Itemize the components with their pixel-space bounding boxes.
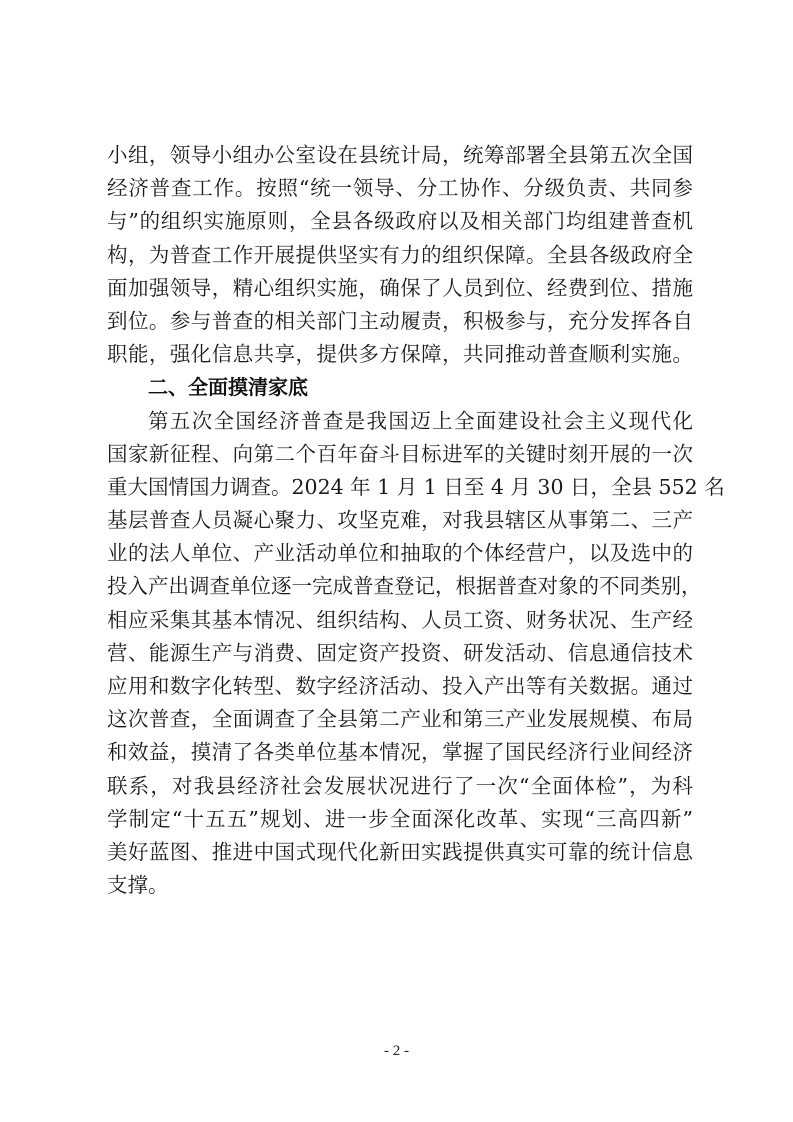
text-line: 应用和数字化转型、数字经济活动、投入产出等有关数据。通过 <box>107 670 693 703</box>
text-line: 业的法人单位、产业活动单位和抽取的个体经营户，以及选中的 <box>107 537 693 570</box>
text-line: 营、能源生产与消费、固定资产投资、研发活动、信息通信技术 <box>107 637 693 670</box>
text-line: 基层普查人员凝心聚力、攻坚克难，对我县辖区从事第二、三产 <box>107 504 693 537</box>
text-line: 和效益，摸清了各类单位基本情况，掌握了国民经济行业间经济 <box>107 736 693 769</box>
text-line: 相应采集其基本情况、组织结构、人员工资、财务状况、生产经 <box>107 604 693 637</box>
text-line: 与”的组织实施原则，全县各级政府以及相关部门均组建普查机 <box>107 205 693 238</box>
text-line: 到位。参与普查的相关部门主动履责，积极参与，充分发挥各自 <box>107 305 693 338</box>
text-line: 支撑。 <box>107 869 693 902</box>
text-line: 构，为普查工作开展提供坚实有力的组织保障。全县各级政府全 <box>107 239 693 272</box>
text-line: 学制定“十五五”规划、进一步全面深化改革、实现“三高四新” <box>107 803 693 836</box>
page-number: - 2 - <box>0 1043 793 1060</box>
text-line: 第五次全国经济普查是我国迈上全面建设社会主义现代化 <box>107 405 693 438</box>
section-heading: 二、全面摸清家底 <box>107 371 693 404</box>
text-line: 重大国情国力调查。2024 年 1 月 1 日至 4 月 30 日，全县 552… <box>107 471 693 504</box>
text-line: 小组，领导小组办公室设在县统计局，统筹部署全县第五次全国 <box>107 139 693 172</box>
text-line: 美好蓝图、推进中国式现代化新田实践提供真实可靠的统计信息 <box>107 836 693 869</box>
text-line: 面加强领导，精心组织实施，确保了人员到位、经费到位、措施 <box>107 272 693 305</box>
text-line: 职能，强化信息共享，提供多方保障，共同推动普查顺利实施。 <box>107 338 693 371</box>
text-line: 经济普查工作。按照“统一领导、分工协作、分级负责、共同参 <box>107 172 693 205</box>
paragraph-continued: 小组，领导小组办公室设在县统计局，统筹部署全县第五次全国 经济普查工作。按照“统… <box>107 139 693 371</box>
document-page: 小组，领导小组办公室设在县统计局，统筹部署全县第五次全国 经济普查工作。按照“统… <box>107 139 693 902</box>
text-line: 这次普查，全面调查了全县第二产业和第三产业发展规模、布局 <box>107 703 693 736</box>
paragraph-2: 第五次全国经济普查是我国迈上全面建设社会主义现代化 国家新征程、向第二个百年奋斗… <box>107 405 693 903</box>
text-line: 投入产出调查单位逐一完成普查登记，根据普查对象的不同类别， <box>107 570 693 603</box>
text-line: 联系，对我县经济社会发展状况进行了一次“全面体检”，为科 <box>107 770 693 803</box>
text-line: 国家新征程、向第二个百年奋斗目标进军的关键时刻开展的一次 <box>107 438 693 471</box>
